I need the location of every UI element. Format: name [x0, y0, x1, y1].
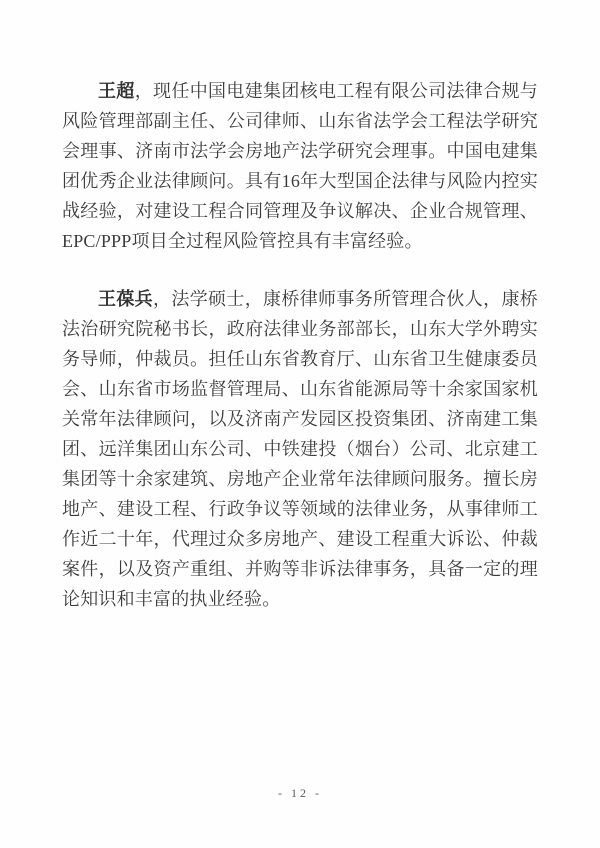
person-name: 王超	[98, 81, 135, 101]
document-body: 王超，现任中国电建集团核电工程有限公司法律合规与风险管理部副主任、公司律师、山东…	[62, 76, 538, 614]
bio-text: ，法学硕士，康桥律师事务所管理合伙人，康桥法治研究院秘书长，政府法律业务部部长，…	[62, 289, 538, 609]
bio-paragraph: 王超，现任中国电建集团核电工程有限公司法律合规与风险管理部副主任、公司律师、山东…	[62, 76, 538, 256]
bio-text: ，现任中国电建集团核电工程有限公司法律合规与风险管理部副主任、公司律师、山东省法…	[62, 81, 538, 251]
bio-paragraph: 王葆兵，法学硕士，康桥律师事务所管理合伙人，康桥法治研究院秘书长，政府法律业务部…	[62, 284, 538, 614]
page-number: - 12 -	[278, 786, 322, 800]
person-name: 王葆兵	[98, 289, 153, 309]
document-page: 王超，现任中国电建集团核电工程有限公司法律合规与风险管理部副主任、公司律师、山东…	[0, 0, 600, 848]
page-footer: - 12 -	[0, 784, 600, 802]
